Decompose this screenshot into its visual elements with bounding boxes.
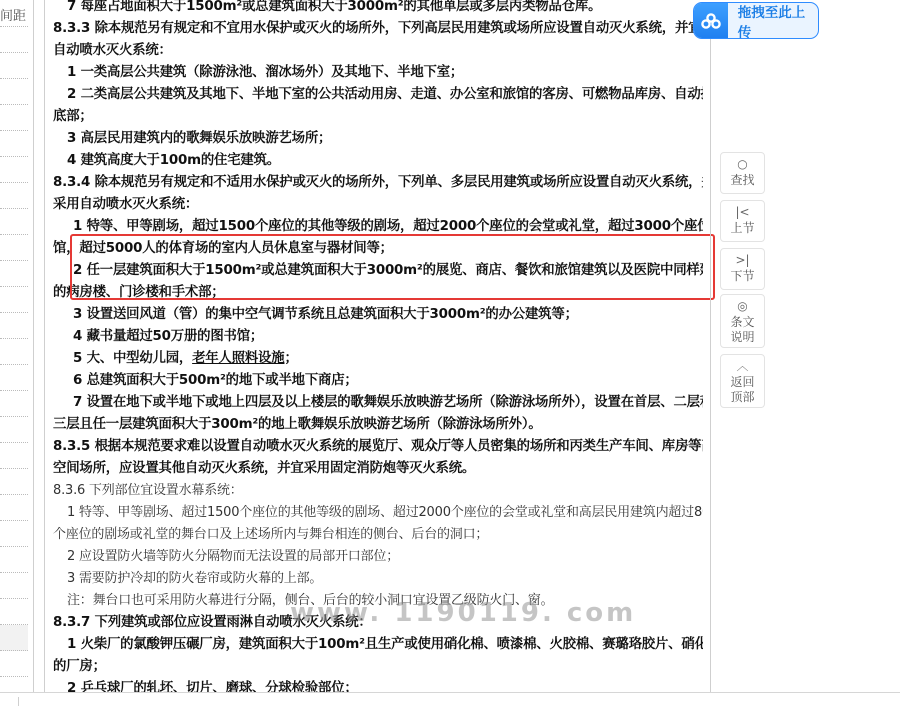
doc-text: 5 大、中型幼儿园， xyxy=(73,351,192,366)
sidebar-item[interactable]: 火间距 xyxy=(0,1,28,27)
sidebar-item[interactable] xyxy=(0,495,28,521)
sidebar-item[interactable] xyxy=(0,53,28,79)
sidebar-item-label: 火间距 xyxy=(0,5,26,24)
doc-line: 的厂房； xyxy=(53,656,106,678)
section-sidebar: 火间距 xyxy=(0,0,33,692)
doc-line: 5 大、中型幼儿园，老年人照料设施； xyxy=(53,348,298,370)
doc-line: 1 特等、甲等剧场、超过1500个座位的其他等级的剧场、超过2000个座位的会堂… xyxy=(53,502,703,524)
doc-line: 1 火柴厂的氯酸钾压碾厂房，建筑面积大于100m²且生产或使用硝化棉、喷漆棉、火… xyxy=(53,634,703,656)
doc-line: 底部； xyxy=(53,106,93,128)
doc-line: 4 藏书量超过50万册的图书馆； xyxy=(53,326,263,348)
sidebar-item[interactable] xyxy=(0,131,28,157)
doc-line: 2 乒乓球厂的轧坯、切片、磨球、分球检验部位； xyxy=(53,678,358,692)
sidebar-item[interactable] xyxy=(0,443,28,469)
sidebar-item[interactable] xyxy=(0,417,28,443)
clause-explanation-label: 说明 xyxy=(721,330,764,345)
sidebar-item[interactable] xyxy=(0,209,28,235)
upload-label: 拖拽至此上传 xyxy=(728,2,818,39)
sidebar-item[interactable] xyxy=(0,235,28,261)
sidebar-item[interactable] xyxy=(0,183,28,209)
search-button[interactable]: ○ 查找 xyxy=(720,152,765,194)
search-label: 查找 xyxy=(730,173,754,187)
next-section-label: 下节 xyxy=(730,269,754,283)
doc-line: 的病房楼、门诊楼和手术部； xyxy=(53,282,224,304)
doc-line: 7 每座占地面积大于1500m²或总建筑面积大于3000m²的其他单层或多层丙类… xyxy=(53,0,601,18)
doc-line: 采用自动喷水灭火系统： xyxy=(53,194,198,216)
document-content: 7 每座占地面积大于1500m²或总建筑面积大于3000m²的其他单层或多层丙类… xyxy=(53,0,703,692)
sidebar-divider xyxy=(33,0,34,692)
clause-heading-8-3-6: 8.3.6 下列部位宜设置水幕系统： xyxy=(53,480,243,502)
bottom-tick xyxy=(18,697,19,706)
sidebar-item[interactable] xyxy=(0,625,28,651)
sidebar-item[interactable] xyxy=(0,339,28,365)
doc-line: 3 需要防护冷却的防火卷帘或防火幕的上部。 xyxy=(53,568,322,590)
next-section-icon: >| xyxy=(721,253,764,269)
prev-section-button[interactable]: |< 上节 xyxy=(720,200,765,242)
doc-line: 三层且任一层建筑面积大于300m²的地上歌舞娱乐放映游艺场所（除游泳场所外）。 xyxy=(53,414,542,436)
sidebar-item[interactable] xyxy=(0,547,28,573)
elderly-care-link[interactable]: 老年人照料设施 xyxy=(192,351,284,366)
sidebar-item[interactable] xyxy=(0,157,28,183)
sidebar-item[interactable] xyxy=(0,391,28,417)
sidebar-item[interactable] xyxy=(0,365,28,391)
watermark: www. 1190119. com xyxy=(290,598,636,628)
sidebar-item[interactable] xyxy=(0,105,28,131)
doc-line: 空间场所，应设置其他自动灭火系统，并宜采用固定消防炮等灭火系统。 xyxy=(53,458,475,480)
drag-upload-button[interactable]: 拖拽至此上传 xyxy=(693,2,819,39)
clause-explanation-label: 条文 xyxy=(721,315,764,330)
doc-line: 3 设置送回风道（管）的集中空气调节系统且总建筑面积大于3000m²的办公建筑等… xyxy=(53,304,578,326)
search-icon: ○ xyxy=(721,157,764,173)
content-right-border xyxy=(710,38,711,692)
sidebar-item[interactable] xyxy=(0,521,28,547)
sidebar-item[interactable] xyxy=(0,651,28,677)
next-section-button[interactable]: >| 下节 xyxy=(720,248,765,290)
back-to-top-icon: ︿ xyxy=(721,359,764,375)
doc-text: ； xyxy=(284,351,297,366)
content-left-border xyxy=(44,0,45,692)
doc-line: 2 二类高层公共建筑及其地下、半地下室的公共活动用房、走道、办公室和旅馆的客房、… xyxy=(53,84,703,106)
doc-line: 6 总建筑面积大于500m²的地下或半地下商店； xyxy=(53,370,358,392)
back-to-top-label: 返回 xyxy=(721,375,764,390)
doc-line: 1 特等、甲等剧场，超过1500个座位的其他等级的剧场，超过2000个座位的会堂… xyxy=(53,216,703,238)
back-to-top-button[interactable]: ︿ 返回 顶部 xyxy=(720,354,765,408)
sidebar-item[interactable] xyxy=(0,469,28,495)
sidebar-item[interactable] xyxy=(0,261,28,287)
back-to-top-label: 顶部 xyxy=(721,390,764,405)
prev-section-label: 上节 xyxy=(730,221,754,235)
doc-line: 个座位的剧场或礼堂的舞台口及上述场所内与舞台相连的侧台、后台的洞口； xyxy=(53,524,488,546)
cloud-upload-icon xyxy=(694,2,728,39)
doc-line: 2 任一层建筑面积大于1500m²或总建筑面积大于3000m²的展览、商店、餐饮… xyxy=(53,260,703,282)
doc-line: 3 高层民用建筑内的歌舞娱乐放映游艺场所； xyxy=(53,128,331,150)
sidebar-item[interactable] xyxy=(0,79,28,105)
doc-line: 2 应设置防火墙等防火分隔物而无法设置的局部开口部位； xyxy=(53,546,399,568)
doc-line: 7 设置在地下或半地下或地上四层及以上楼层的歌舞娱乐放映游艺场所（除游泳场所外）… xyxy=(53,392,703,414)
doc-line: 馆，超过5000人的体育场的室内人员休息室与器材间等； xyxy=(53,238,393,260)
clause-heading-8-3-4: 8.3.4 除本规范另有规定和不适用水保护或灭火的场所外，下列单、多层民用建筑或… xyxy=(53,172,703,194)
clause-heading-8-3-5: 8.3.5 根据本规范要求难以设置自动喷水灭火系统的展览厅、观众厅等人员密集的场… xyxy=(53,436,703,458)
bottom-bar xyxy=(0,692,900,706)
sidebar-item[interactable] xyxy=(0,599,28,625)
clause-explanation-button[interactable]: ◎ 条文 说明 xyxy=(720,294,765,348)
doc-line: 1 一类高层公共建筑（除游泳池、溜冰场外）及其地下、半地下室； xyxy=(53,62,463,84)
sidebar-item[interactable] xyxy=(0,573,28,599)
clause-heading-8-3-3: 8.3.3 除本规范另有规定和不宜用水保护或灭火的场所外，下列高层民用建筑或场所… xyxy=(53,18,703,40)
sidebar-item[interactable] xyxy=(0,287,28,313)
prev-section-icon: |< xyxy=(721,205,764,221)
eye-icon: ◎ xyxy=(721,299,764,315)
doc-line: 自动喷水灭火系统： xyxy=(53,40,172,62)
sidebar-item[interactable] xyxy=(0,313,28,339)
sidebar-item[interactable] xyxy=(0,27,28,53)
doc-line: 4 建筑高度大于100m的住宅建筑。 xyxy=(53,150,280,172)
